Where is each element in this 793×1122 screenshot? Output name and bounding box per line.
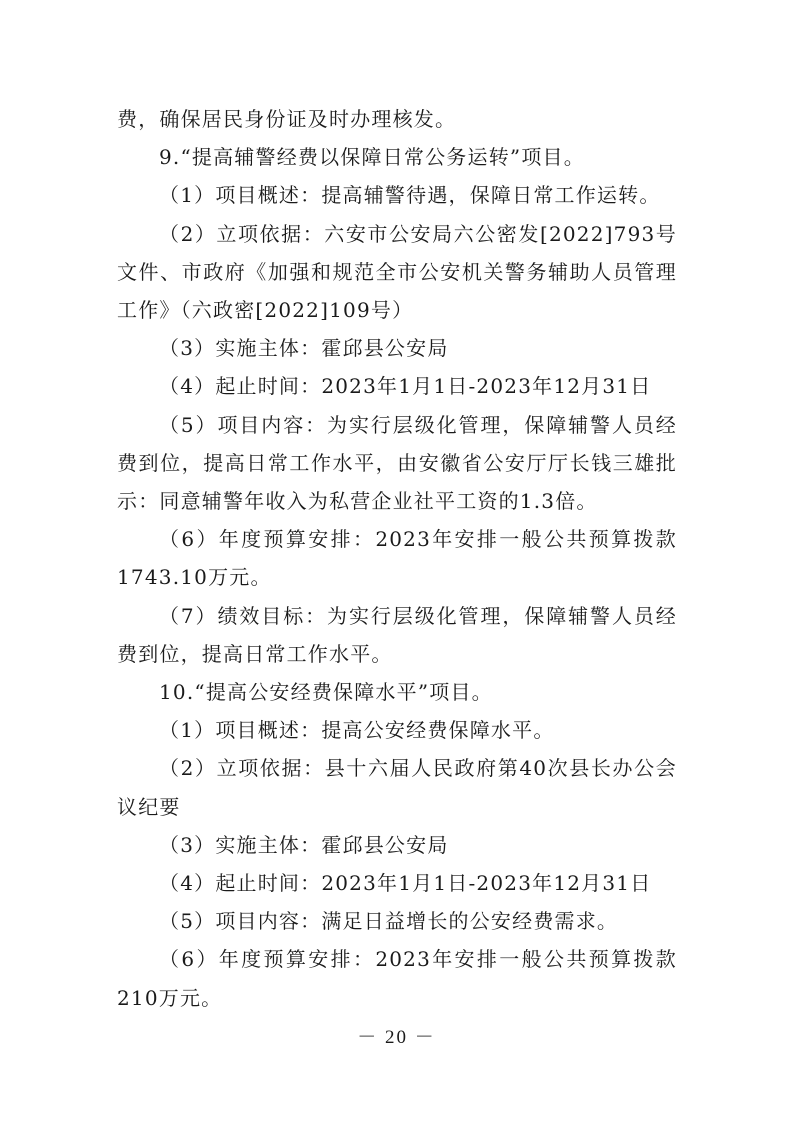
page-number: － 20 － (0, 1022, 793, 1049)
item-10-content: （5）项目内容：满足日益增长的公安经费需求。 (117, 902, 677, 940)
item-9-basis: （2）立项依据：六安市公安局六公密发[2022]793号文件、市政府《加强和规范… (117, 215, 677, 330)
item-9-goal: （7）绩效目标：为实行层级化管理，保障辅警人员经费到位，提高日常工作水平。 (117, 597, 677, 673)
item-10-implementer: （3）实施主体：霍邱县公安局 (117, 826, 677, 864)
item-9-heading: 9.“提高辅警经费以保障日常公务运转”项目。 (117, 138, 677, 176)
item-9-content: （5）项目内容：为实行层级化管理，保障辅警人员经费到位，提高日常工作水平，由安徽… (117, 406, 677, 521)
document-page: 费，确保居民身份证及时办理核发。 9.“提高辅警经费以保障日常公务运转”项目。 … (117, 100, 677, 1017)
item-10-basis: （2）立项依据：县十六届人民政府第40次县长办公会议纪要 (117, 749, 677, 825)
paragraph-continuation: 费，确保居民身份证及时办理核发。 (117, 100, 677, 138)
item-9-period: （4）起止时间：2023年1月1日-2023年12月31日 (117, 367, 677, 405)
item-10-period: （4）起止时间：2023年1月1日-2023年12月31日 (117, 864, 677, 902)
item-10-overview: （1）项目概述：提高公安经费保障水平。 (117, 711, 677, 749)
item-10-heading: 10.“提高公安经费保障水平”项目。 (117, 673, 677, 711)
item-9-implementer: （3）实施主体：霍邱县公安局 (117, 329, 677, 367)
item-9-budget: （6）年度预算安排：2023年安排一般公共预算拨款1743.10万元。 (117, 520, 677, 596)
item-9-overview: （1）项目概述：提高辅警待遇，保障日常工作运转。 (117, 176, 677, 214)
item-10-budget: （6）年度预算安排：2023年安排一般公共预算拨款210万元。 (117, 940, 677, 1016)
